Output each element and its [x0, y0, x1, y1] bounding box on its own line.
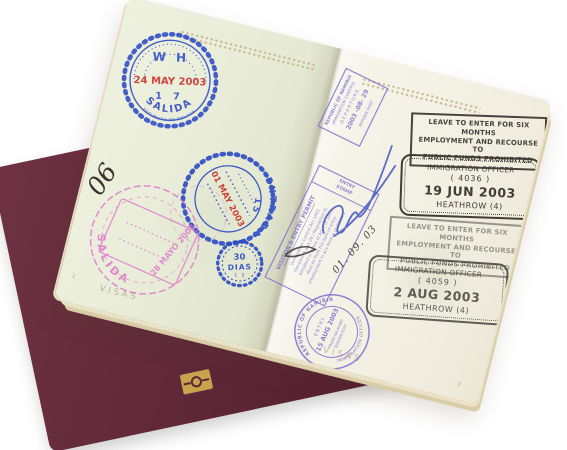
stamp-date: 19 JUN 2003 [407, 182, 533, 201]
stamp-word: SALIDA [84, 231, 141, 288]
stamp-number: 1 7 [155, 91, 184, 103]
bolivia-exit-stamp: W H 24 MAY 2003 1 7 SALIDA REPUBLICA DE … [108, 18, 232, 142]
stamp-code: W H [152, 50, 189, 65]
stamp-port: HEATHROW (4) [406, 199, 532, 212]
uk-officer-stamp-2: IMMIGRATION OFFICER ( 4059 ) 2 AUG 2003 … [365, 254, 509, 326]
stamp-inner-border: IMMIGRATION OFFICER ( 4059 ) 2 AUG 2003 … [369, 259, 504, 322]
stamp-inner-border: IMMIGRATION OFFICER ( 4036 ) 19 JUN 2003… [403, 158, 537, 217]
uk-officer-stamp-1: IMMIGRATION OFFICER ( 4036 ) 19 JUN 2003… [399, 154, 541, 221]
biometric-chip-icon [180, 369, 214, 395]
svg-text:SALIDA: SALIDA [84, 231, 141, 288]
stamp-date: 24 MAY 2003 [133, 75, 206, 89]
passport-photo: W H 24 MAY 2003 1 7 SALIDA REPUBLICA DE … [0, 0, 567, 450]
stamp-date: 28 MAYO 2003 [149, 222, 197, 277]
